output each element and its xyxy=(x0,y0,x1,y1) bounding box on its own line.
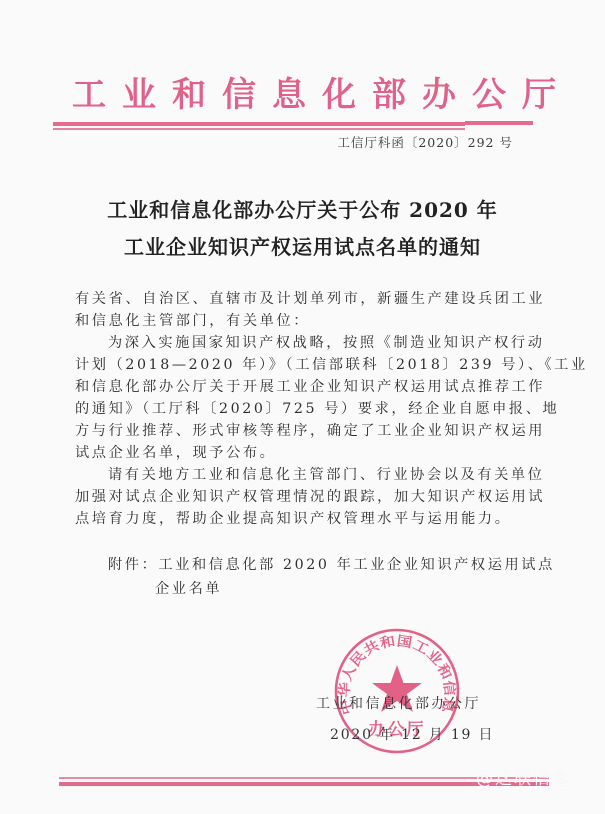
body-line: 和信息化主管部门，有关单位： xyxy=(75,310,535,332)
document-body: 有关省、自治区、直辖市及计划单列市，新疆生产建设兵团工业 和信息化主管部门，有关… xyxy=(75,288,535,530)
body-line: 有关省、自治区、直辖市及计划单列市，新疆生产建设兵团工业 xyxy=(75,288,535,310)
signature-organization: 工业和信息化部办公厅 xyxy=(316,693,481,713)
body-line: 方与行业推荐、形式审核等程序，确定了工业企业知识产权运用 xyxy=(75,420,535,442)
attachment-line-2: 企业名单 xyxy=(108,577,555,601)
attachment-label: 附件： xyxy=(108,557,158,573)
document-title-line-1: 工业和信息化部办公厅关于公布 2020 年 xyxy=(0,194,605,223)
body-line: 计划（2018—2020 年）》（工信部联科〔2018〕239 号）、《工业 xyxy=(75,354,535,376)
body-line: 和信息化部办公厅关于开展工业企业知识产权运用试点推荐工作 xyxy=(75,376,535,398)
document-page: 工业和信息化部办公厅 工信厅科函〔2020〕292 号 工业和信息化部办公厅关于… xyxy=(0,0,605,814)
top-rule-thick-end xyxy=(465,121,533,125)
issuer-masthead: 工业和信息化部办公厅 xyxy=(72,72,532,118)
top-rule-thick xyxy=(53,122,465,126)
source-watermark: @这联信息 xyxy=(476,764,571,789)
attachment-line-1: 附件：工业和信息化部 2020 年工业企业知识产权运用试点 xyxy=(108,553,555,577)
body-line: 请有关地方工业和信息化主管部门、行业协会以及有关单位 xyxy=(75,464,535,486)
document-title-line-2: 工业企业知识产权运用试点名单的通知 xyxy=(0,231,605,260)
attachment-title: 工业和信息化部 2020 年工业企业知识产权运用试点 xyxy=(158,557,554,573)
attachment-note: 附件：工业和信息化部 2020 年工业企业知识产权运用试点 企业名单 xyxy=(108,553,555,601)
body-line: 点培育力度，帮助企业提高知识产权管理水平与运用能力。 xyxy=(75,508,535,530)
body-line: 的通知》（工厅科〔2020〕725 号）要求，经企业自愿申报、地 xyxy=(75,398,535,420)
body-line: 试点企业名单，现予公布。 xyxy=(75,442,535,464)
top-rule-thin xyxy=(53,128,465,130)
body-line: 为深入实施国家知识产权战略，按照《制造业知识产权行动 xyxy=(75,332,535,354)
signature-date: 2020 年 12 月 19 日 xyxy=(330,724,494,744)
body-line: 加强对试点企业知识产权管理情况的跟踪，加大知识产权运用试 xyxy=(75,486,535,508)
document-number: 工信厅科函〔2020〕292 号 xyxy=(337,133,513,151)
